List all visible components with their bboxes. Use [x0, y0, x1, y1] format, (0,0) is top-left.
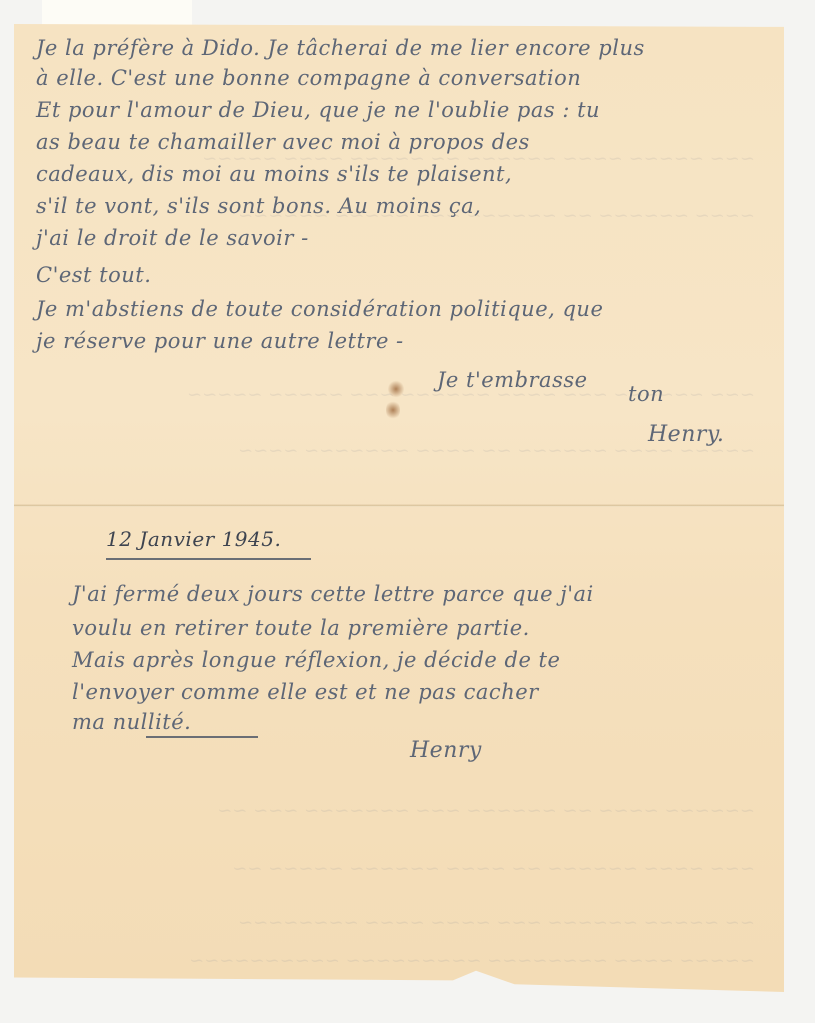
ink-stain [386, 400, 400, 420]
letter-line: j'ai le droit de le savoir - [36, 226, 309, 250]
ink-stain [388, 380, 404, 398]
postscript-line: J'ai fermé deux jours cette lettre parce… [72, 582, 594, 606]
bleed-through-text: ~~~ ~~~~ ~~~~~~ ~~ ~~~~ ~~~~~~ ~~~~~ ~~ [40, 858, 755, 879]
bleed-through-text: ~~ ~~~~~ ~~~~~~ ~~~ ~~~~ ~~~~ ~~~~~~~~ [40, 912, 755, 933]
postscript-line: ma nullité. [72, 710, 191, 734]
letter-closing-possessive: ton [628, 382, 664, 406]
nullite-underline [146, 736, 258, 738]
bleed-through-text: ~~~~~ ~~~~ ~~~~~~~~ ~~~~~~~~~ ~~~~~~~~~~ [40, 950, 755, 971]
bleed-through-text: ~~~~~~ ~~~~ ~~ ~~~~~~ ~~~ ~~~~~~~ ~~~ ~~ [40, 800, 755, 821]
paper-fold-crease [14, 504, 784, 507]
postscript-date: 12 Janvier 1945. [106, 527, 281, 551]
postscript-line: Mais après longue réflexion, je décide d… [72, 648, 560, 672]
postscript-line: l'envoyer comme elle est et ne pas cache… [72, 680, 539, 704]
letter-line: Je m'abstiens de toute considération pol… [36, 297, 603, 321]
letter-line: C'est tout. [36, 263, 151, 287]
letter-line: je réserve pour une autre lettre - [36, 329, 404, 353]
date-underline [106, 558, 311, 560]
signature: Henry. [648, 422, 724, 447]
letter-line: s'il te vont, s'ils sont bons. Au moins … [36, 194, 481, 218]
postscript-signature: Henry [410, 738, 482, 763]
scan-background [42, 0, 192, 26]
letter-line: à elle. C'est une bonne compagne à conve… [36, 66, 581, 90]
letter-line: Et pour l'amour de Dieu, que je ne l'oub… [36, 98, 600, 122]
letter-line: as beau te chamailler avec moi à propos … [36, 130, 530, 154]
letter-line: cadeaux, dis moi au moins s'ils te plais… [36, 162, 512, 186]
letter-closing: Je t'embrasse [437, 368, 588, 392]
postscript-line: voulu en retirer toute la première parti… [72, 616, 530, 640]
letter-line: Je la préfère à Dido. Je tâcherai de me … [36, 36, 645, 60]
